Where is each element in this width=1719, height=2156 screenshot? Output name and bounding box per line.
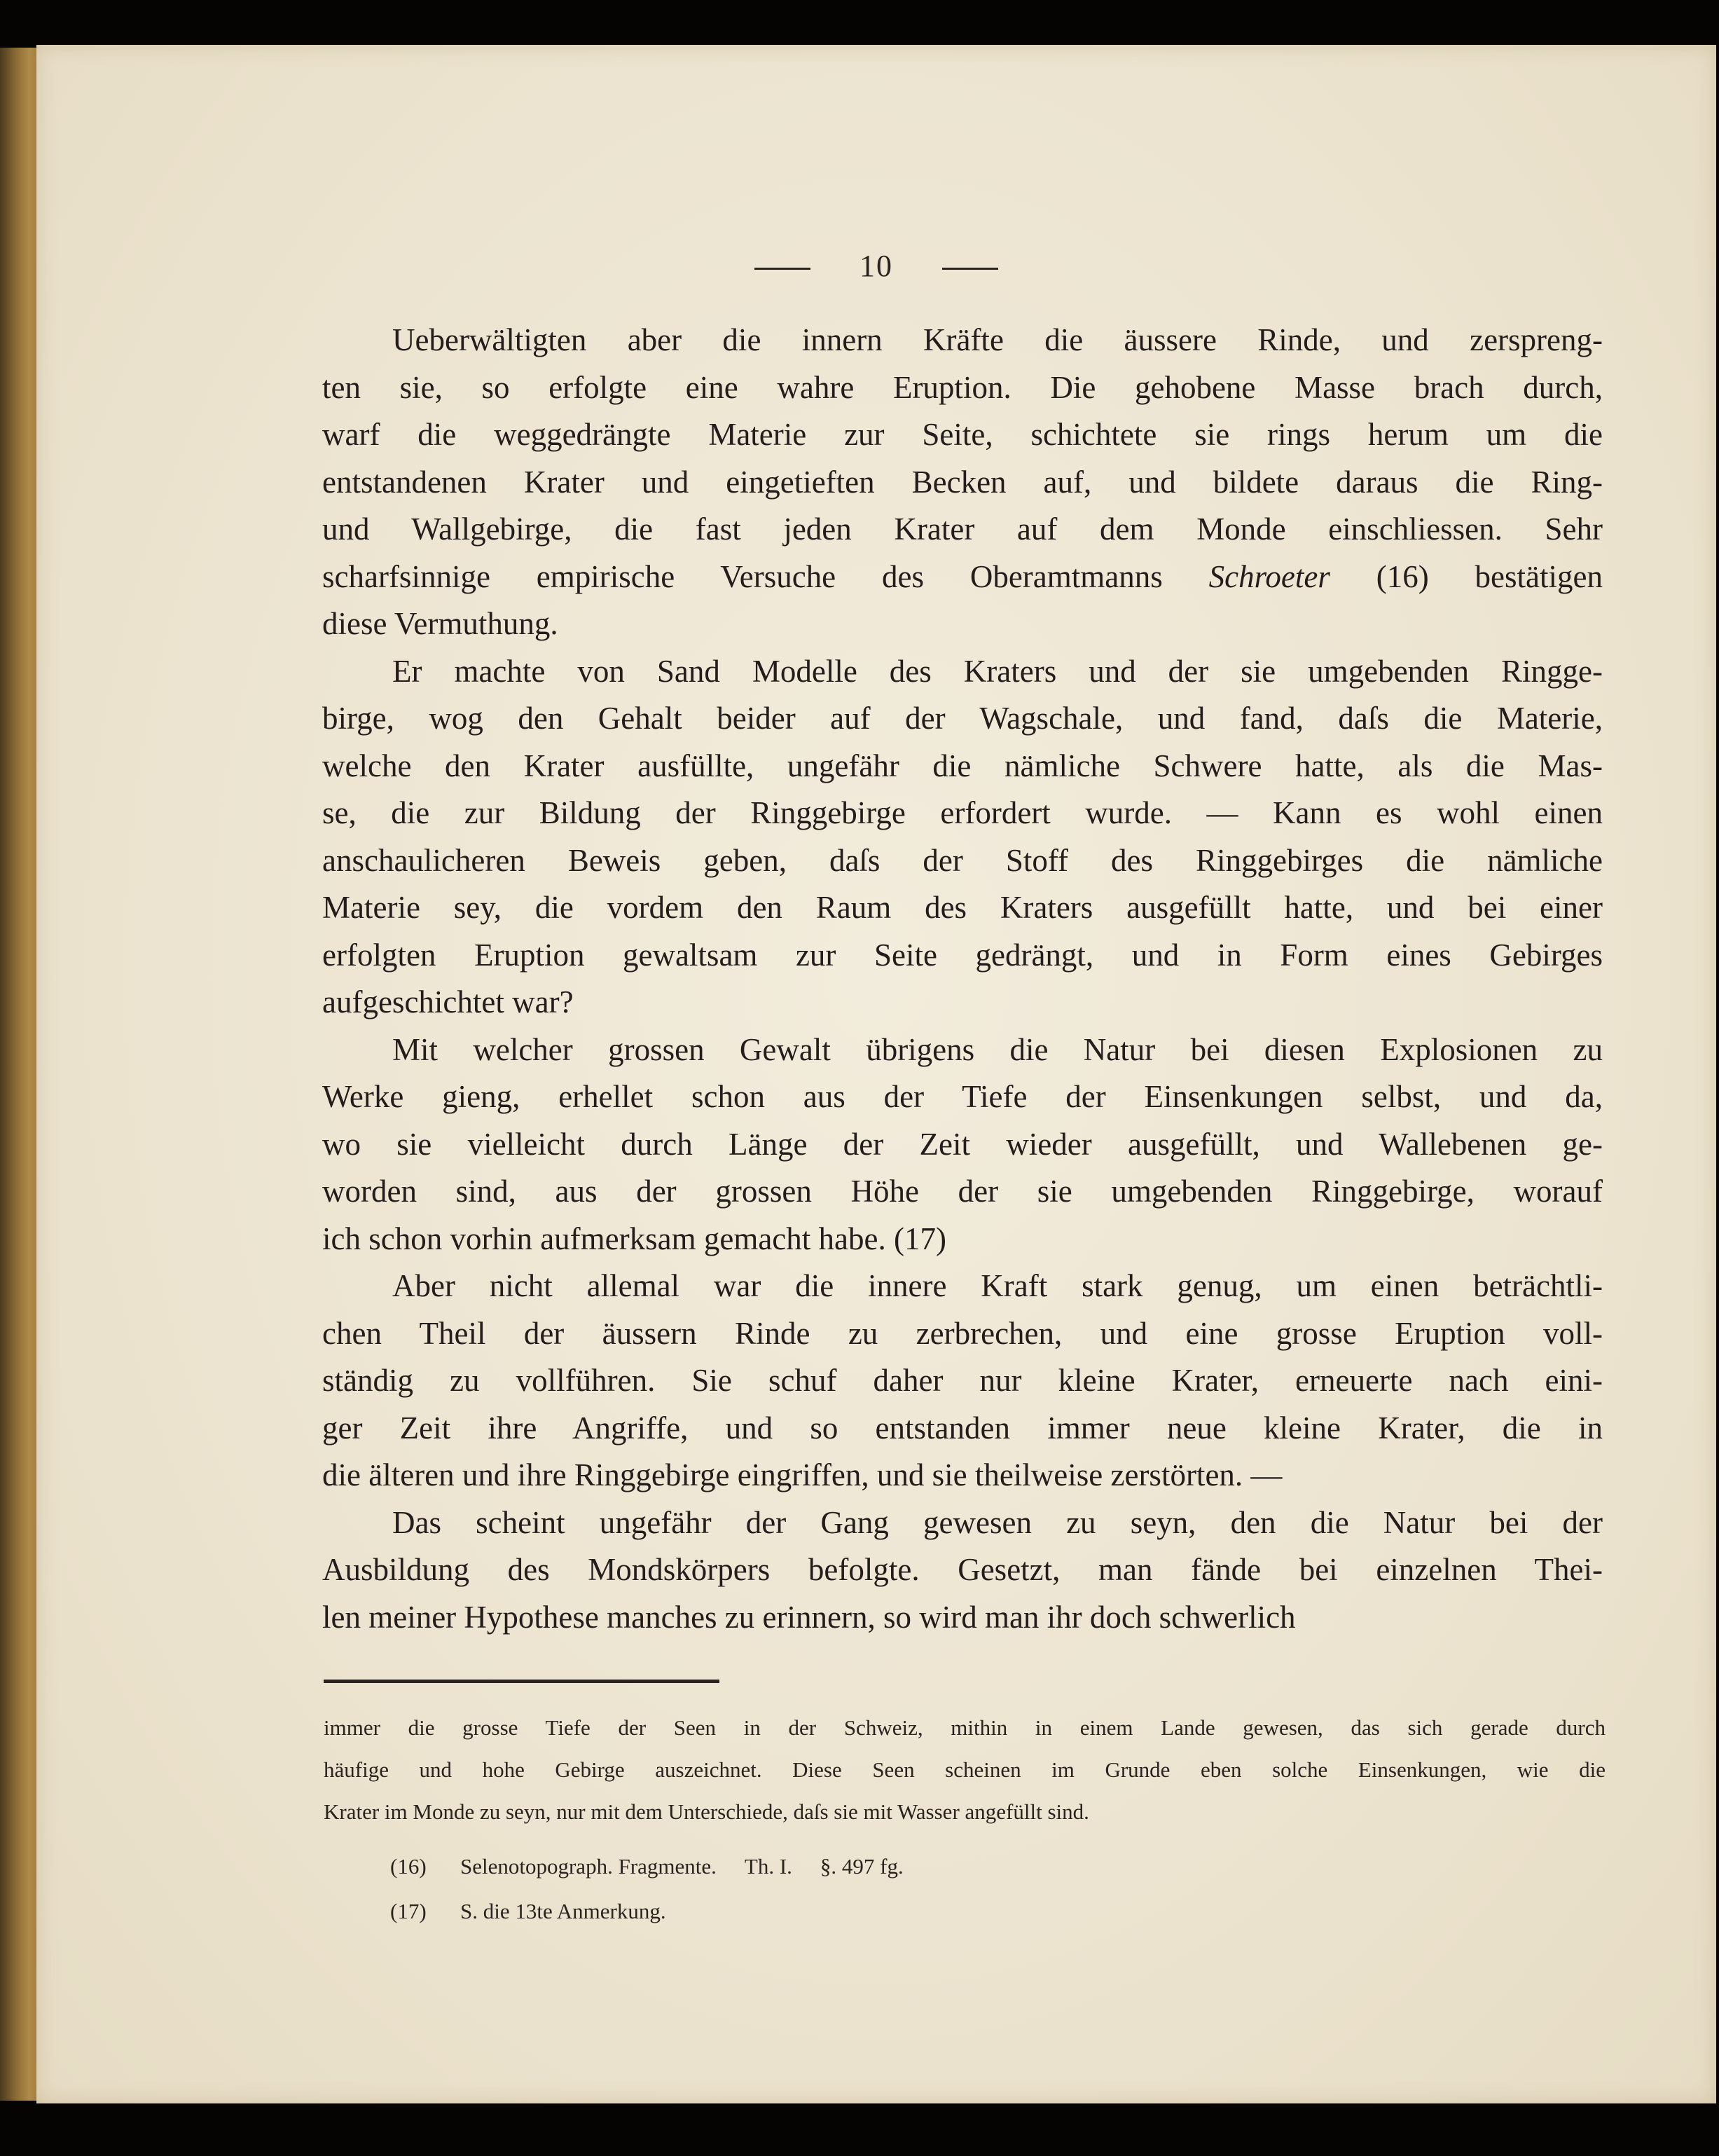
text-line: ständig zu vollführen. Sie schuf daher n… [322, 1357, 1603, 1405]
text-line: Das scheint ungefähr der Gang gewesen zu… [322, 1499, 1603, 1547]
footnote-text: Selenotopograph. Fragmente. [460, 1854, 717, 1879]
text-line: anschaulicheren Beweis geben, daſs der S… [322, 837, 1603, 885]
text-line: welche den Krater ausfüllte, ungefähr di… [322, 743, 1603, 790]
text-line: entstandenen Krater und eingetieften Bec… [322, 459, 1603, 507]
text-line: Mit welcher grossen Gewalt übrigens die … [322, 1026, 1603, 1074]
footnote-line: Krater im Monde zu seyn, nur mit dem Unt… [324, 1791, 1606, 1833]
book-spine-edge [0, 48, 39, 2101]
text-line: chen Theil der äussern Rinde zu zerbrech… [322, 1310, 1603, 1358]
text-line: Materie sey, die vordem den Raum des Kra… [322, 884, 1603, 932]
text-line: warf die weggedrängte Materie zur Seite,… [322, 411, 1603, 459]
page-number: 10 [859, 249, 893, 283]
text-line: ich schon vorhin aufmerksam gemacht habe… [322, 1216, 1603, 1263]
footnote-number: (16) [390, 1844, 460, 1889]
text-line: Aber nicht allemal war die innere Kraft … [322, 1263, 1603, 1310]
paragraph: Mit welcher grossen Gewalt übrigens die … [322, 1026, 1603, 1263]
footnote-line: immer die grosse Tiefe der Seen in der S… [324, 1707, 1606, 1749]
footnote-text: S. die 13te Anmerkung. [460, 1899, 666, 1923]
text-line: len meiner Hypothese manches zu erinnern… [322, 1594, 1603, 1642]
footnote-number: (17) [390, 1889, 460, 1934]
text-line: und Wallgebirge, die fast jeden Krater a… [322, 506, 1603, 554]
footnote-continuation: immer die grosse Tiefe der Seen in der S… [324, 1707, 1606, 1833]
text-line: aufgeschichtet war? [322, 979, 1603, 1026]
text-line: wo sie vielleicht durch Länge der Zeit w… [322, 1121, 1603, 1169]
text-line: Er machte von Sand Modelle des Kraters u… [322, 648, 1603, 696]
footnote-line: häufige und hohe Gebirge auszeichnet. Di… [324, 1749, 1606, 1791]
paragraph: Er machte von Sand Modelle des Kraters u… [322, 648, 1603, 1026]
page-number-header: 10 [36, 248, 1716, 284]
main-text: Ueberwältigten aber die innern Kräfte di… [322, 317, 1603, 1641]
footnote-volume-ref: Th. I. [745, 1854, 792, 1879]
text-line: worden sind, aus der grossen Höhe der si… [322, 1168, 1603, 1216]
footnote-separator-rule [324, 1680, 719, 1683]
paragraph: Das scheint ungefähr der Gang gewesen zu… [322, 1499, 1603, 1642]
paragraph: Aber nicht allemal war die innere Kraft … [322, 1263, 1603, 1499]
text-line: scharfsinnige empirische Versuche des Ob… [322, 554, 1603, 601]
paragraph: Ueberwältigten aber die innern Kräfte di… [322, 317, 1603, 648]
italic-author-name: Schroeter [1209, 559, 1330, 594]
text-line: Werke gieng, erhellet schon aus der Tief… [322, 1073, 1603, 1121]
book-page: 10 Ueberwältigten aber die innern Kräfte… [36, 45, 1716, 2103]
footnote-list: (16)Selenotopograph. Fragmente.Th. I.§. … [390, 1844, 1231, 1934]
text-line: erfolgten Eruption gewaltsam zur Seite g… [322, 932, 1603, 980]
text-line: Ausbildung des Mondskörpers befolgte. Ge… [322, 1546, 1603, 1594]
footnote-17: (17)S. die 13te Anmerkung. [390, 1889, 1231, 1934]
text-line: ten sie, so erfolgte eine wahre Eruption… [322, 364, 1603, 412]
text-line: diese Vermuthung. [322, 600, 1603, 648]
text-line: die älteren und ihre Ringgebirge eingrif… [322, 1452, 1603, 1499]
left-dash [754, 268, 810, 270]
footnote-16: (16)Selenotopograph. Fragmente.Th. I.§. … [390, 1844, 1231, 1889]
text-line: ger Zeit ihre Angriffe, und so entstande… [322, 1405, 1603, 1453]
text-line: Ueberwältigten aber die innern Kräfte di… [322, 317, 1603, 364]
footnote-section-ref: §. 497 fg. [820, 1854, 904, 1879]
text-line: se, die zur Bildung der Ringgebirge erfo… [322, 790, 1603, 837]
text-line: birge, wog den Gehalt beider auf der Wag… [322, 695, 1603, 743]
right-dash [942, 268, 998, 270]
